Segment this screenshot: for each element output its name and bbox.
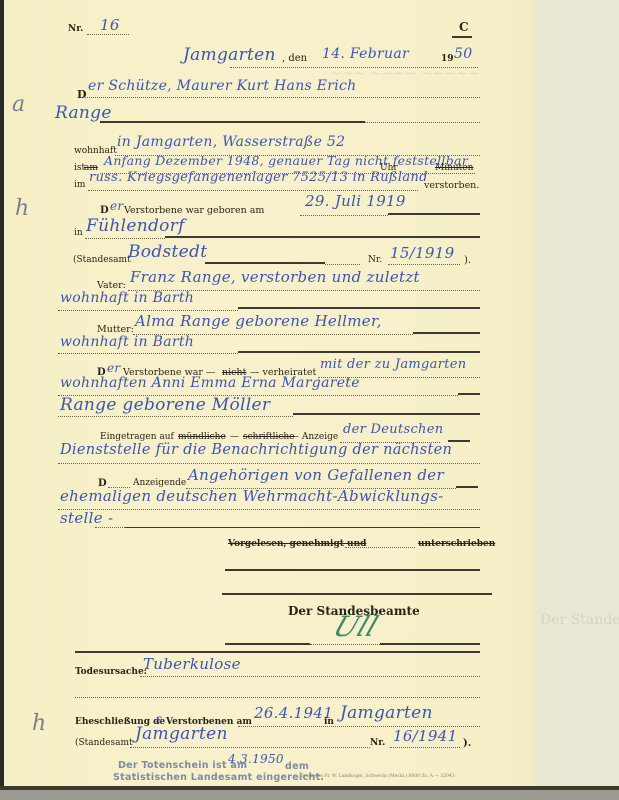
minuten-label: Minuten <box>435 163 473 173</box>
birth-in-label: in <box>74 228 83 238</box>
number-line <box>87 34 129 35</box>
cause-label: Todesursache: <box>75 667 147 677</box>
deceased-prefix: D <box>77 88 87 101</box>
marriage-registry-line <box>130 747 370 748</box>
marriage-registry-close: ). <box>463 738 471 749</box>
register-number: 16 <box>100 16 120 34</box>
birth-prefix: D <box>100 205 109 216</box>
form-letter-underline <box>452 36 472 38</box>
death-place-value: russ. Kriegsgefangenenlager 7525/13 in R… <box>89 170 428 185</box>
margin-mark-a: a <box>12 92 25 117</box>
number-label: Nr. <box>68 24 83 34</box>
form-letter: C <box>459 20 469 34</box>
birth-date: 29. Juli 1919 <box>305 192 406 210</box>
mother-rule-1 <box>413 332 480 334</box>
father-rule <box>238 307 480 309</box>
status-line-3 <box>58 416 293 417</box>
status-line1: mit der zu Jamgarten <box>320 357 466 372</box>
registration-line-2 <box>58 463 480 464</box>
birth-registry-nr: 15/1919 <box>390 244 454 262</box>
surname-line <box>365 122 480 123</box>
birth-registry-nr-label: Nr. <box>368 255 382 265</box>
residence-value: in Jamgarten, Wasserstraße 52 <box>117 134 345 150</box>
registration-line1: der Deutschen <box>343 422 443 437</box>
birth-place-rule <box>165 236 480 238</box>
father-line1: Franz Range, verstorben und zuletzt <box>130 268 420 286</box>
registration-struck-muendlich: mündliche <box>178 432 226 442</box>
cause-value: Tuberkulose <box>143 655 241 673</box>
father-line-2 <box>58 310 238 311</box>
marriage-nr-value: 16/1941 <box>393 727 457 745</box>
den-label: , den <box>282 53 307 64</box>
registration-label: Eingetragen auf <box>100 432 174 442</box>
informant-rule-3 <box>125 527 480 528</box>
birth-registry-close: ). <box>464 255 471 266</box>
registration-anzeige: — Anzeige <box>290 432 338 442</box>
status-rule-2 <box>458 393 480 395</box>
mother-rule-2 <box>238 351 480 353</box>
registration-line2: Dienststelle für die Benachrichtigung de… <box>60 442 452 458</box>
marriage-date: 26.4.1941 <box>254 704 333 722</box>
cause-line-2 <box>75 697 480 698</box>
status-line2: wohnhaften Anni Emma Erna Margarete <box>60 375 360 391</box>
marriage-place: Jamgarten <box>340 703 433 723</box>
stamp-line1-dem: dem <box>285 761 309 772</box>
birth-place-line <box>85 238 165 239</box>
status-rule-3 <box>293 413 480 415</box>
mother-line1: Alma Range geborene Hellmer, <box>135 312 382 330</box>
registration-struck-schriftlich: schriftliche <box>243 432 295 442</box>
registrar-line-b <box>380 643 480 645</box>
marriage-registry-label: (Standesamt <box>75 738 133 748</box>
signed-line <box>345 547 415 548</box>
birth-label: Verstorbene war geboren am <box>124 205 264 216</box>
status-prefix-hw: er <box>107 361 120 375</box>
death-place-line <box>88 190 418 191</box>
year-prefix: 19 <box>441 54 454 64</box>
im-label: im <box>74 180 85 190</box>
deceased-line <box>85 97 480 98</box>
registration-dash1: — <box>230 432 239 442</box>
verstorben-label: verstorben. <box>424 180 479 191</box>
signature-line-2 <box>222 593 492 595</box>
surname-rule <box>100 121 365 123</box>
page-underlay-strip <box>535 0 619 788</box>
scan-background <box>0 790 619 800</box>
birth-registry-line <box>325 264 360 265</box>
informant-rule-1 <box>456 486 478 488</box>
informant-line2: ehemaligen deutschen Wehrmacht-Abwicklun… <box>60 487 444 505</box>
date-handwritten: 14. Februar <box>322 46 409 62</box>
section-divider <box>75 651 480 653</box>
informant-line3: stelle - <box>60 509 113 527</box>
death-time-value: Anfang Dezember 1948, genauer Tag nicht … <box>104 153 468 168</box>
place-handwritten: Jamgarten <box>183 45 276 65</box>
mother-line-2 <box>58 353 238 354</box>
stamp-line2: Statistischen Landesamt eingereicht. <box>113 772 324 783</box>
margin-mark-h: h <box>15 196 29 221</box>
year-suffix: 50 <box>454 46 472 62</box>
margin-mark-marriage: h <box>32 711 46 736</box>
signed-text-b: unterschrieben <box>418 539 495 549</box>
printer-note: Druckerei Fr. W. Landkogel, Schwerin (Me… <box>300 774 455 779</box>
birth-registry-label: (Standesamt <box>73 255 131 265</box>
mother-line2: wohnhaft in Barth <box>60 334 194 350</box>
bleed-through-text: Der Standesbeamte <box>540 612 619 628</box>
birth-date-line <box>300 215 388 216</box>
father-line2: wohnhaft in Barth <box>60 290 194 306</box>
birth-place: Fühlendorf <box>86 216 185 236</box>
informant-line-2 <box>58 509 480 510</box>
deceased-surname: Range <box>55 103 112 123</box>
marriage-nr-label: Nr. <box>370 738 385 748</box>
registrar-line-dots <box>310 644 380 645</box>
registrar-line-a <box>225 643 310 645</box>
status-line3: Range geborene Möller <box>60 395 270 415</box>
birth-registry-nr-line <box>388 264 460 265</box>
informant-line-3-dots <box>95 527 125 528</box>
marriage-registry-value: Jamgarten <box>135 724 228 744</box>
birth-registry-value: Bodstedt <box>128 242 207 262</box>
informant-line1: Angehörigen von Gefallenen der <box>188 466 444 484</box>
date-line <box>230 67 478 68</box>
signature-line-1 <box>225 569 480 571</box>
birth-date-rule <box>388 213 480 215</box>
deceased-name: er Schütze, Maurer Kurt Hans Erich <box>88 78 357 94</box>
birth-prefix-hw: er <box>110 199 123 213</box>
marriage-nr-line <box>390 747 460 748</box>
cause-line-1 <box>140 676 480 677</box>
birth-registry-rule <box>205 262 325 264</box>
stamp-date: 4.3.1950 <box>228 752 284 766</box>
